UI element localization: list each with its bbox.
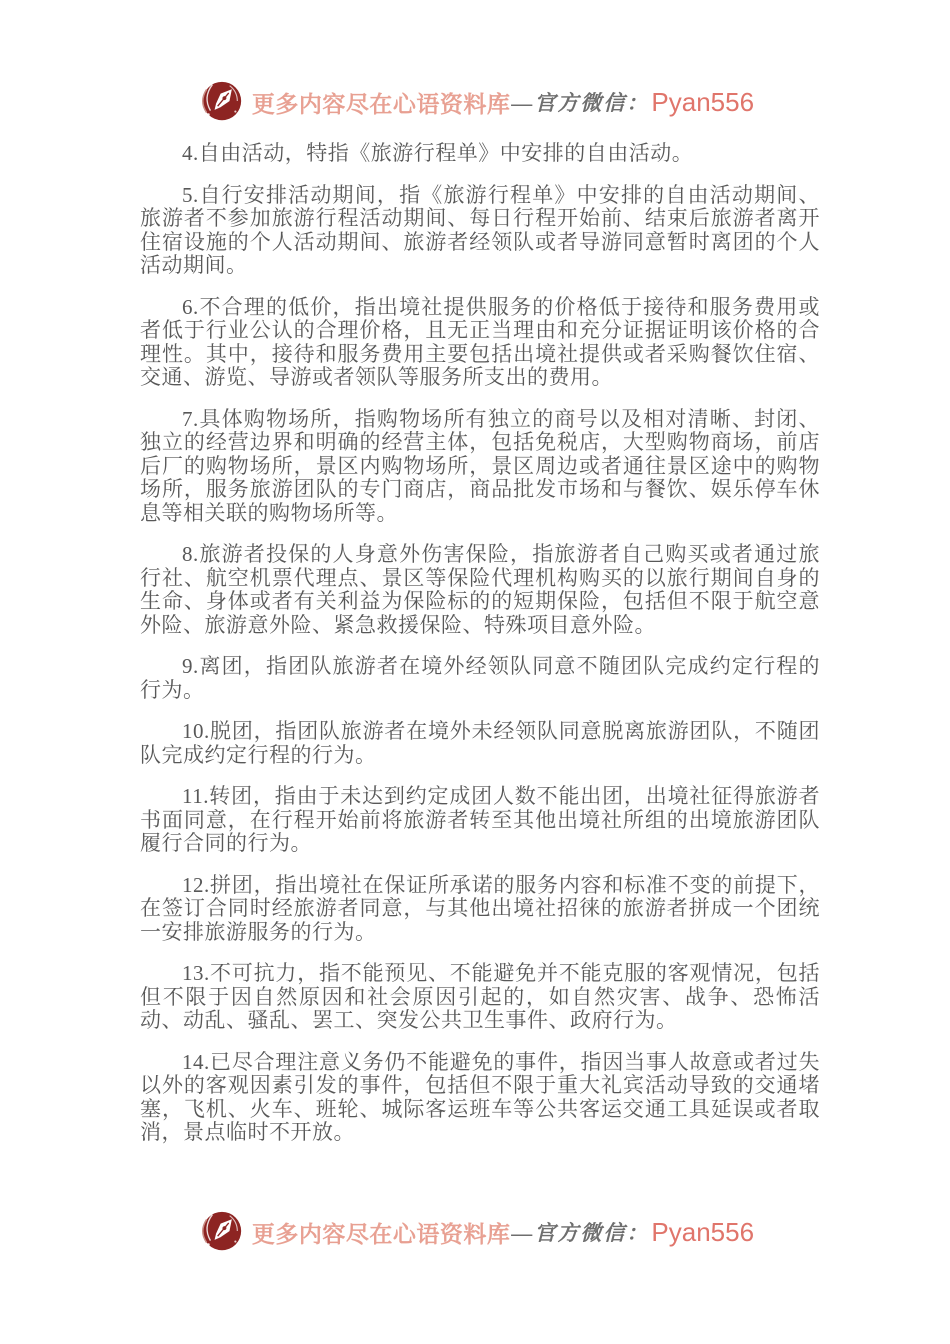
clause-paragraph-7: 7.具体购物场所，指购物场所有独立的商号以及相对清晰、封闭、独立的经营边界和明确… — [140, 408, 820, 526]
clause-paragraph-8: 8.旅游者投保的人身意外伤害保险，指旅游者自己购买或者通过旅行社、航空机票代理点… — [140, 543, 820, 637]
document-body: 4.自由活动，特指《旅游行程单》中安排的自由活动。 5.自行安排活动期间，指《旅… — [140, 142, 820, 1163]
clause-paragraph-4: 4.自由活动，特指《旅游行程单》中安排的自由活动。 — [140, 142, 820, 166]
clause-paragraph-12: 12.拼团，指出境社在保证所承诺的服务内容和标准不变的前提下，在签订合同时经旅游… — [140, 874, 820, 945]
header-watermark: 更多内容尽在心语资料库 —官方微信： Pyan556 — [0, 78, 950, 126]
document-page: 更多内容尽在心语资料库 —官方微信： Pyan556 4.自由活动，特指《旅游行… — [0, 0, 950, 1344]
watermark-wechat-account: Pyan556 — [651, 1217, 754, 1248]
pen-nib-logo-icon — [196, 78, 246, 126]
watermark-wechat-label: —官方微信： — [511, 87, 649, 117]
pen-nib-logo-icon — [196, 1208, 246, 1256]
clause-paragraph-9: 9.离团，指团队旅游者在境外经领队同意不随团队完成约定行程的行为。 — [140, 655, 820, 702]
watermark-brand-text: 更多内容尽在心语资料库 — [252, 86, 511, 119]
clause-paragraph-14: 14.已尽合理注意义务仍不能避免的事件，指因当事人故意或者过失以外的客观因素引发… — [140, 1051, 820, 1145]
clause-paragraph-11: 11.转团，指由于未达到约定成团人数不能出团，出境社征得旅游者书面同意，在行程开… — [140, 785, 820, 856]
footer-watermark: 更多内容尽在心语资料库 —官方微信： Pyan556 — [0, 1208, 950, 1256]
clause-paragraph-6: 6.不合理的低价，指出境社提供服务的价格低于接待和服务费用或者低于行业公认的合理… — [140, 296, 820, 390]
clause-paragraph-5: 5.自行安排活动期间，指《旅游行程单》中安排的自由活动期间、旅游者不参加旅游行程… — [140, 184, 820, 278]
clause-paragraph-13: 13.不可抗力，指不能预见、不能避免并不能克服的客观情况，包括但不限于因自然原因… — [140, 962, 820, 1033]
watermark-brand-text: 更多内容尽在心语资料库 — [252, 1216, 511, 1249]
watermark-wechat-account: Pyan556 — [651, 87, 754, 118]
watermark-wechat-label: —官方微信： — [511, 1217, 649, 1247]
clause-paragraph-10: 10.脱团，指团队旅游者在境外未经领队同意脱离旅游团队，不随团队完成约定行程的行… — [140, 720, 820, 767]
